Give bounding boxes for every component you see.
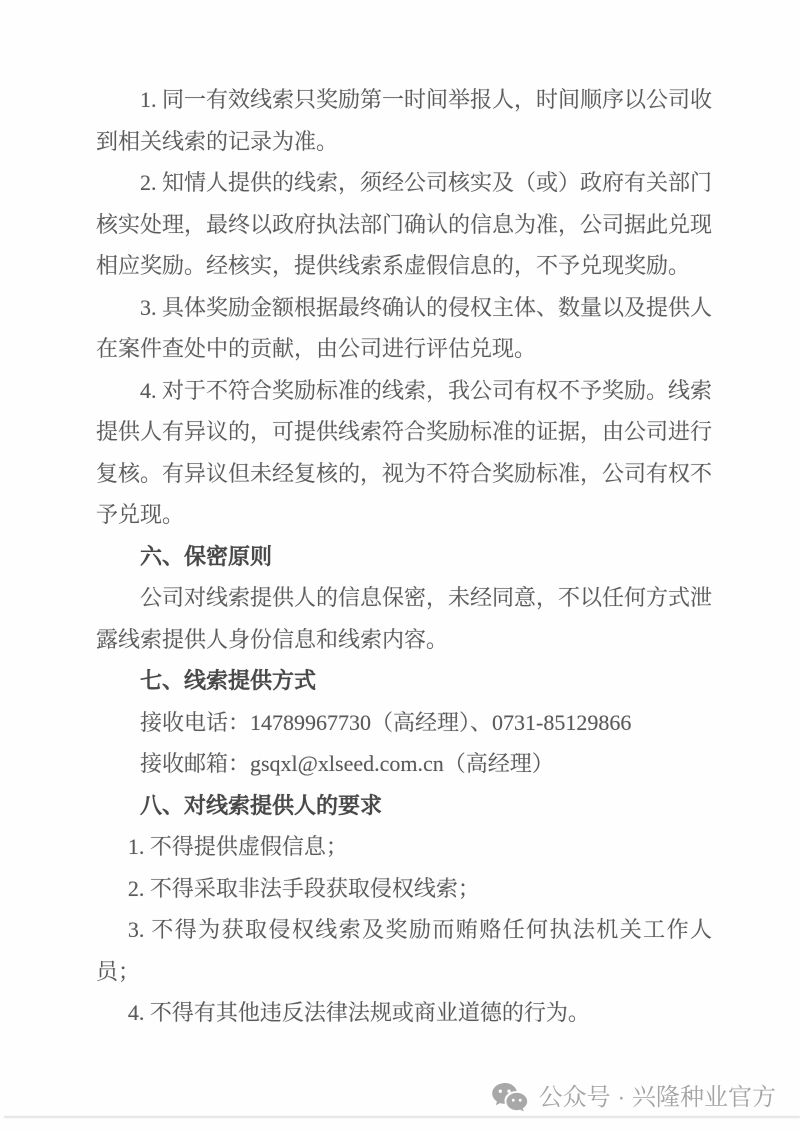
requirement-item-1: 1. 不得提供虚假信息；	[96, 826, 712, 868]
wechat-icon	[491, 1082, 529, 1113]
contact-email-line: 接收邮箱：gsqxl@xlseed.com.cn（高经理）	[96, 743, 712, 785]
requirement-item-4: 4. 不得有其他违反法律法规或商业道德的行为。	[96, 992, 712, 1034]
scanned-document-page: 1. 同一有效线索只奖励第一时间举报人，时间顺序以公司收到相关线索的记录为准。 …	[0, 0, 800, 1131]
section-heading-provider-requirements: 八、对线索提供人的要求	[96, 785, 712, 827]
section-heading-confidentiality: 六、保密原则	[96, 536, 712, 578]
contact-phone-line: 接收电话：14789967730（高经理）、0731-85129866	[96, 702, 712, 744]
requirement-item-2: 2. 不得采取非法手段获取侵权线索；	[96, 868, 712, 910]
paragraph-reward-rule-1: 1. 同一有效线索只奖励第一时间举报人，时间顺序以公司收到相关线索的记录为准。	[96, 79, 712, 162]
watermark-text: 公众号 · 兴隆种业官方	[539, 1083, 776, 1113]
paragraph-reward-rule-3: 3. 具体奖励金额根据最终确认的侵权主体、数量以及提供人在案件查处中的贡献，由公…	[96, 287, 712, 370]
wechat-watermark: 公众号 · 兴隆种业官方	[491, 1082, 776, 1113]
paragraph-reward-rule-2: 2. 知情人提供的线索，须经公司核实及（或）政府有关部门核实处理，最终以政府执法…	[96, 162, 712, 287]
document-body: 1. 同一有效线索只奖励第一时间举报人，时间顺序以公司收到相关线索的记录为准。 …	[96, 79, 712, 1034]
paragraph-reward-rule-4: 4. 对于不符合奖励标准的线索，我公司有权不予奖励。线索提供人有异议的，可提供线…	[96, 370, 712, 536]
requirement-item-3: 3. 不得为获取侵权线索及奖励而贿赂任何执法机关工作人员；	[96, 909, 712, 992]
section-heading-submission-method: 七、线索提供方式	[96, 660, 712, 702]
scan-edge-line	[4, 1116, 800, 1118]
paragraph-confidentiality: 公司对线索提供人的信息保密，未经同意，不以任何方式泄露线索提供人身份信息和线索内…	[96, 577, 712, 660]
